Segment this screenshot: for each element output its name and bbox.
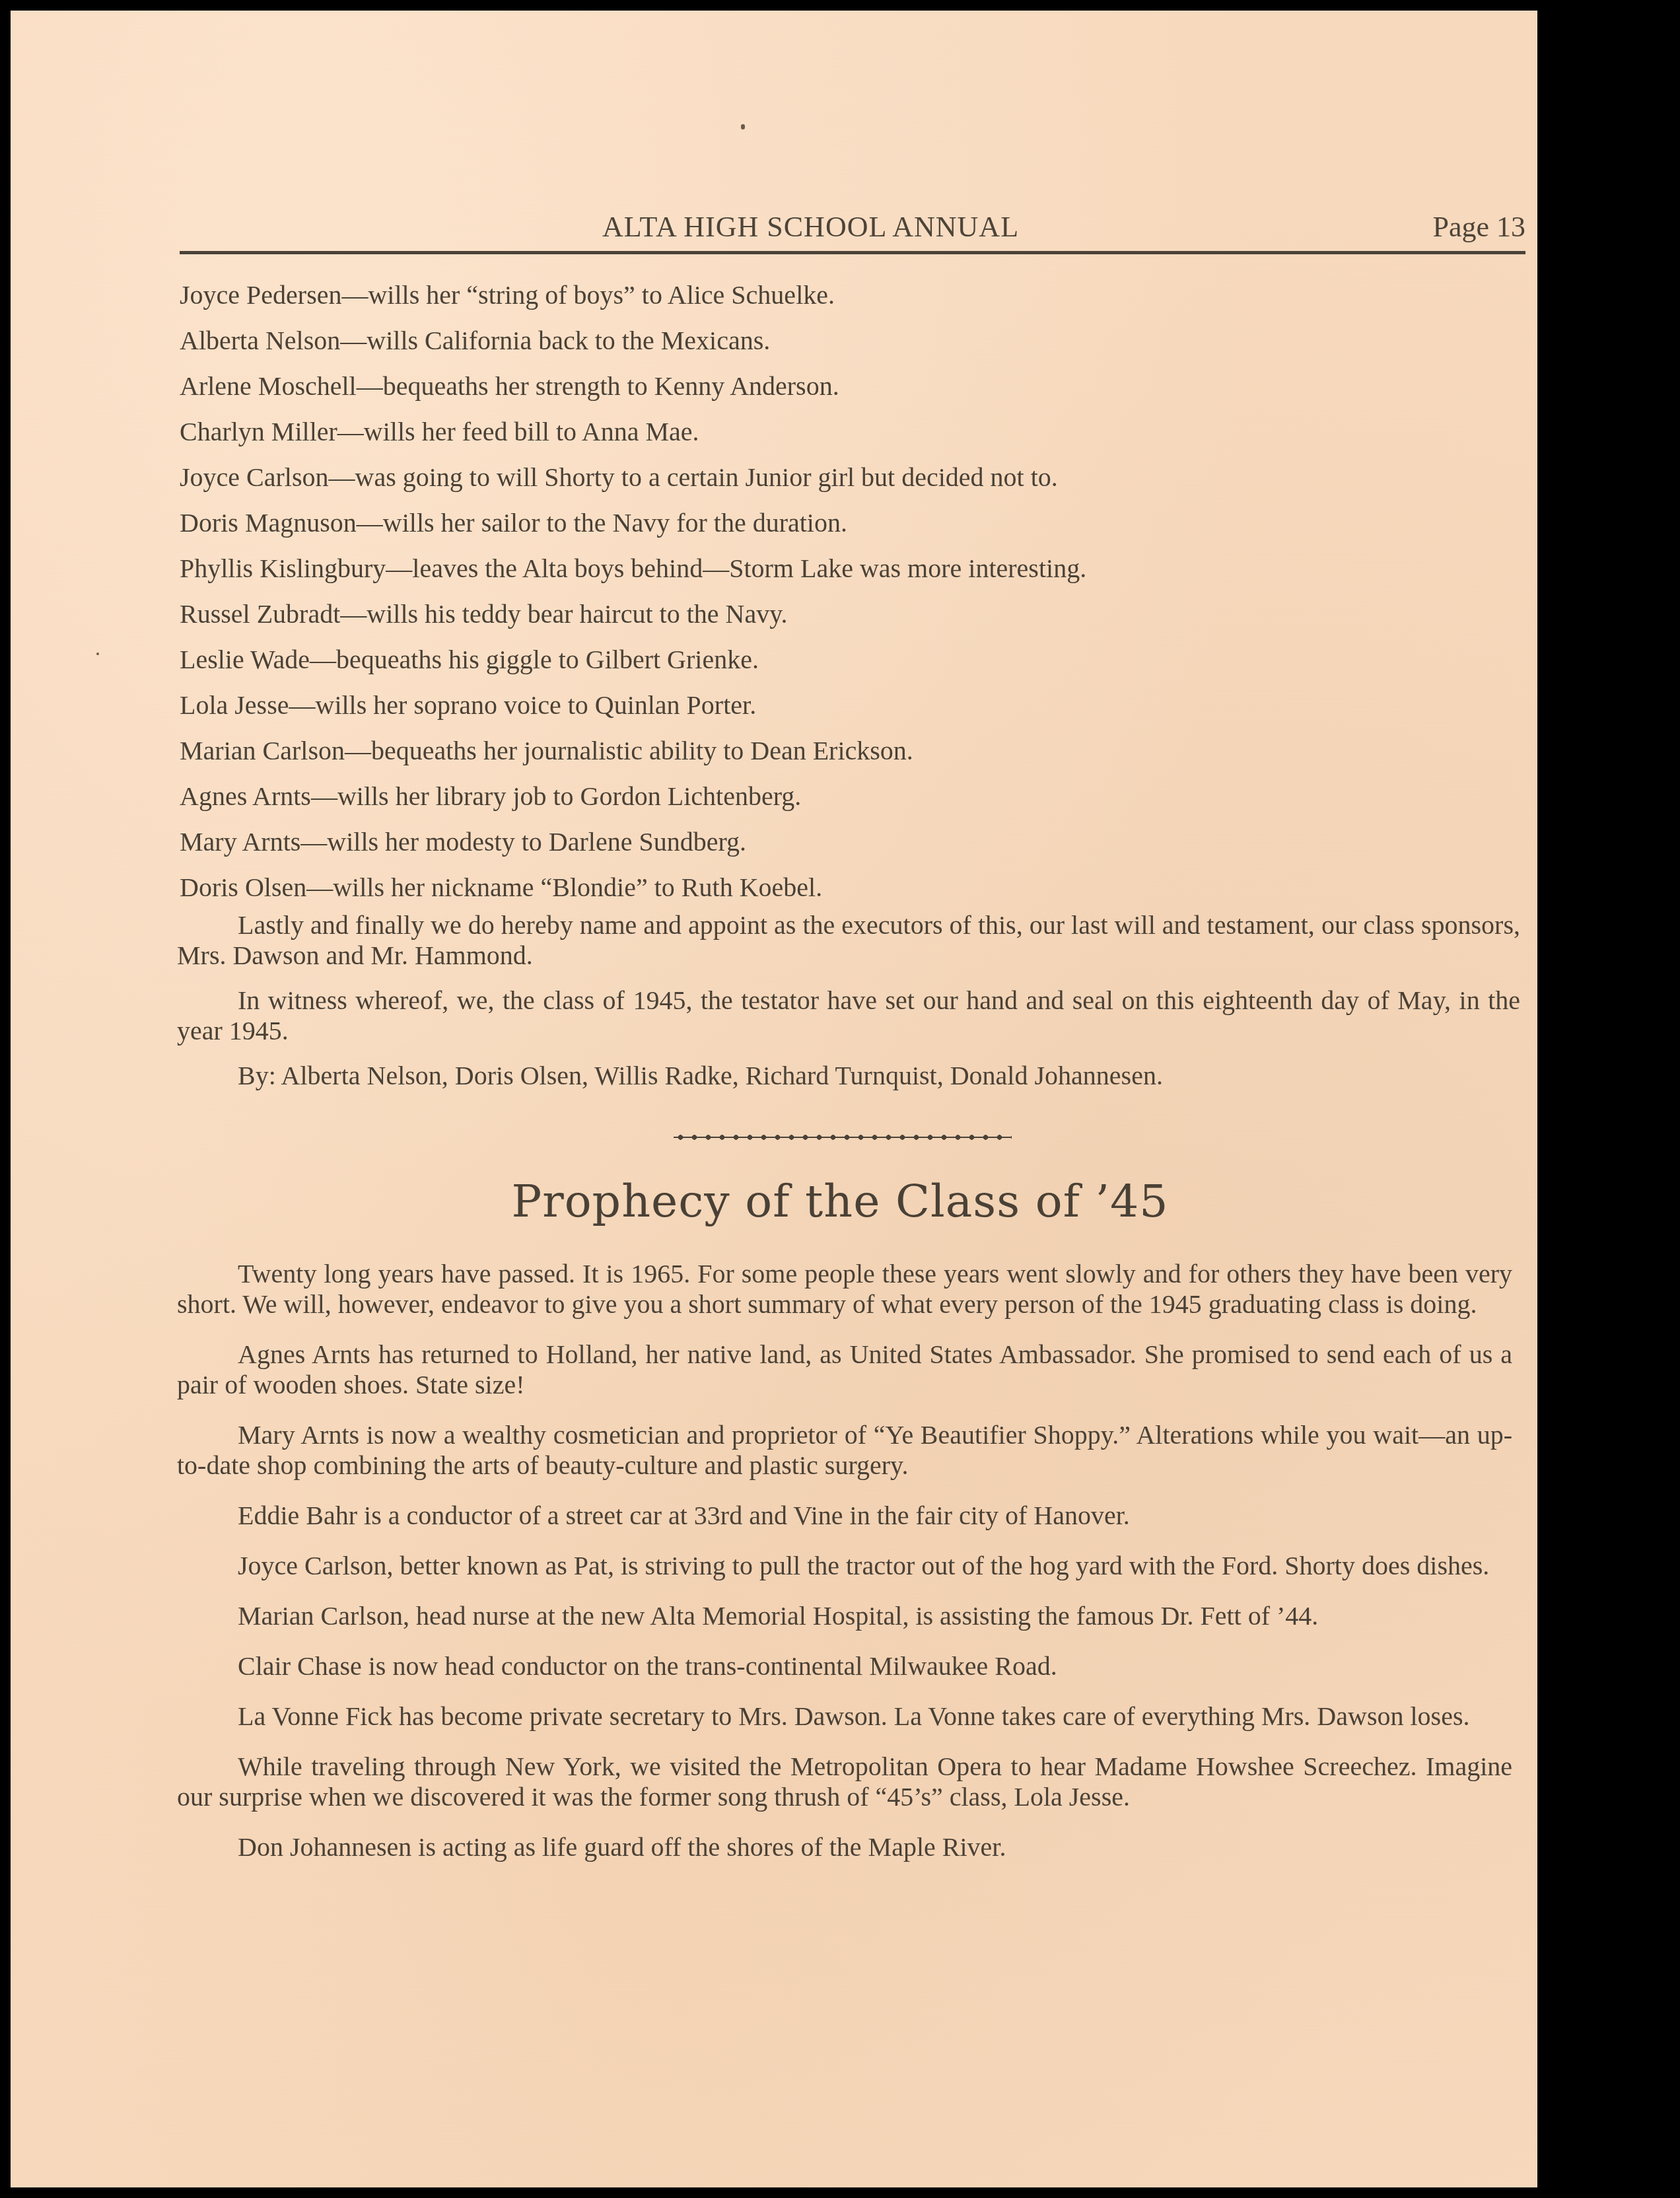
prophecy-paragraph: Twenty long years have passed. It is 196…: [177, 1259, 1512, 1320]
will-item: Alberta Nelson—wills California back to …: [180, 326, 1527, 371]
will-item: Doris Magnuson—wills her sailor to the N…: [180, 508, 1527, 553]
will-item: Arlene Moschell—bequeaths her strength t…: [180, 371, 1527, 417]
paper-speck: [96, 653, 99, 655]
prophecy-paragraph: Joyce Carlson, better known as Pat, is s…: [177, 1551, 1512, 1581]
section-divider-ornament: [674, 1135, 1012, 1140]
will-item: Phyllis Kislingbury—leaves the Alta boys…: [180, 553, 1527, 599]
header-rule: [180, 251, 1525, 254]
will-item: Leslie Wade—bequeaths his giggle to Gilb…: [180, 645, 1527, 690]
will-item: Agnes Arnts—wills her library job to Gor…: [180, 781, 1527, 827]
prophecy-paragraph: Marian Carlson, head nurse at the new Al…: [177, 1601, 1512, 1631]
witness-paragraph: In witness whereof, we, the class of 194…: [177, 985, 1520, 1046]
will-item: Joyce Pedersen—wills her “string of boys…: [180, 280, 1527, 326]
will-item: Mary Arnts—wills her modesty to Darlene …: [180, 827, 1527, 872]
class-will-list: Joyce Pedersen—wills her “string of boys…: [180, 280, 1527, 918]
prophecy-paragraph: La Vonne Fick has become private secreta…: [177, 1701, 1512, 1732]
prophecy-body: Twenty long years have passed. It is 196…: [177, 1259, 1512, 1882]
executors-paragraph: Lastly and finally we do hereby name and…: [177, 910, 1520, 971]
prophecy-paragraph: Clair Chase is now head conductor on the…: [177, 1651, 1512, 1682]
prophecy-heading: Prophecy of the Class of ’45: [0, 1176, 1680, 1228]
will-closing: Lastly and finally we do hereby name and…: [177, 910, 1520, 1106]
will-item: Joyce Carlson—was going to will Shorty t…: [180, 462, 1527, 508]
will-item: Lola Jesse—wills her soprano voice to Qu…: [180, 690, 1527, 736]
will-item: Marian Carlson—bequeaths her journalisti…: [180, 736, 1527, 781]
paper-speck: [741, 124, 745, 129]
will-item: Charlyn Miller—wills her feed bill to An…: [180, 417, 1527, 462]
running-header: ALTA HIGH SCHOOL ANNUAL Page 13: [180, 210, 1525, 246]
prophecy-paragraph: While traveling through New York, we vis…: [177, 1752, 1512, 1812]
prophecy-paragraph: Agnes Arnts has returned to Holland, her…: [177, 1339, 1512, 1400]
page-number: Page 13: [1432, 210, 1525, 244]
will-item: Russel Zubradt—wills his teddy bear hair…: [180, 599, 1527, 645]
prophecy-paragraph: Don Johannesen is acting as life guard o…: [177, 1832, 1512, 1862]
publication-title: ALTA HIGH SCHOOL ANNUAL: [602, 210, 1019, 244]
prophecy-paragraph: Mary Arnts is now a wealthy cosmetician …: [177, 1420, 1512, 1481]
prophecy-paragraph: Eddie Bahr is a conductor of a street ca…: [177, 1501, 1512, 1531]
signatories-line: By: Alberta Nelson, Doris Olsen, Willis …: [177, 1061, 1520, 1091]
